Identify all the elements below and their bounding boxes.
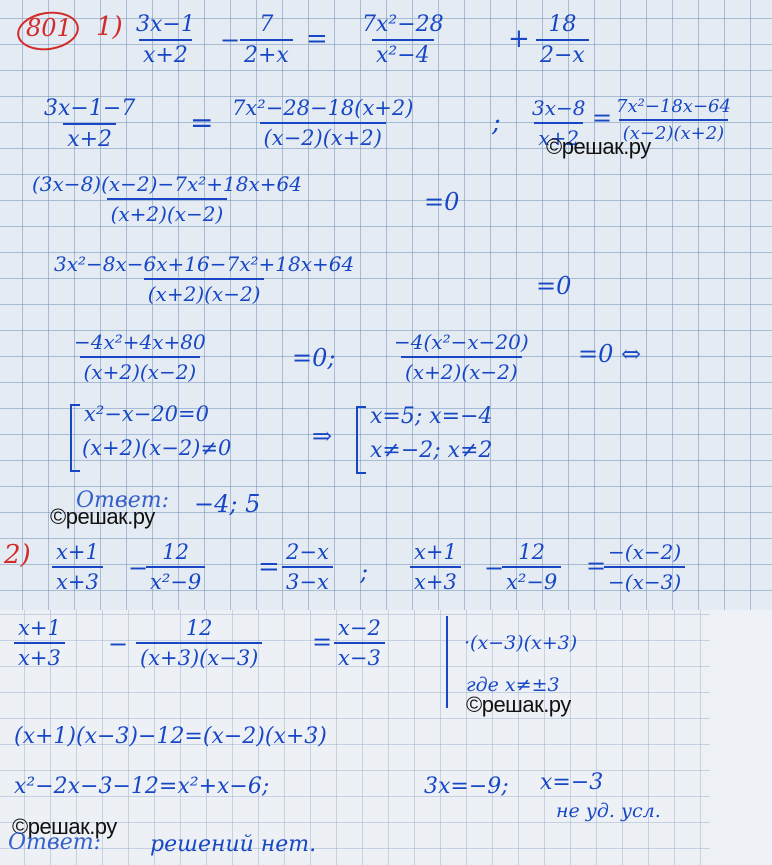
fraction: 2−x 3−x — [282, 540, 333, 594]
equation-step: 3x=−9; — [424, 774, 509, 799]
plus-sign: + — [508, 24, 530, 54]
watermark: ©решак.ру — [466, 692, 571, 718]
fraction: −4(x²−x−20) (x+2)(x−2) — [390, 330, 533, 384]
multiply-note: ·(x−3)(x+3) — [464, 632, 577, 654]
fraction: 12 x²−9 — [146, 540, 205, 594]
equals-zero: =0; — [292, 344, 335, 372]
equivalence: =0 ⇔ — [578, 340, 641, 368]
system-row: x≠−2; x≠2 — [370, 438, 493, 463]
minus-sign: − — [220, 26, 240, 54]
equals-zero: =0 — [536, 272, 571, 300]
equals-zero: =0 — [424, 188, 459, 216]
fraction: 3x−1−7 x+2 — [40, 96, 139, 152]
equals-sign: = — [306, 24, 328, 54]
equals-sign: = — [312, 628, 332, 656]
part2-label: 2) — [4, 540, 31, 570]
watermark: ©решак.ру — [50, 504, 155, 530]
fraction: 18 2−x — [536, 12, 589, 68]
equation-line: x²−2x−3−12=x²+x−6; — [14, 774, 269, 799]
system-row: x=5; x=−4 — [370, 404, 493, 429]
condition-fail-note: не уд. усл. — [556, 800, 661, 822]
fraction: x−2 x−3 — [334, 616, 385, 670]
fraction: 3x−1 x+2 — [132, 12, 199, 68]
fraction: (3x−8)(x−2)−7x²+18x+64 (x+2)(x−2) — [28, 172, 306, 226]
answer-value: −4; 5 — [194, 490, 260, 518]
fraction: −4x²+4x+80 (x+2)(x−2) — [70, 330, 210, 384]
blank-margin — [710, 610, 772, 865]
watermark: ©решак.ру — [546, 134, 651, 160]
equals-sign: = — [190, 106, 213, 139]
fraction: x+1 x+3 — [14, 616, 65, 670]
fraction: 12 (x+3)(x−3) — [136, 616, 262, 670]
side-divider — [446, 616, 448, 708]
implies-arrow: ⇒ — [312, 422, 332, 450]
fraction: 12 x²−9 — [502, 540, 561, 594]
fraction: 7 2+x — [240, 12, 293, 68]
system-bracket — [70, 404, 80, 472]
semicolon: ; — [360, 558, 368, 586]
minus-sign: − — [108, 630, 128, 658]
fraction: −(x−2) −(x−3) — [604, 540, 685, 594]
fraction: x+1 x+3 — [52, 540, 103, 594]
fraction: x+1 x+3 — [410, 540, 461, 594]
fraction: 7x²−28−18(x+2) (x−2)(x+2) — [228, 96, 417, 150]
fraction: 7x²−28 x²−4 — [358, 12, 448, 68]
semicolon: ; — [492, 108, 501, 138]
problem-number: 801 — [26, 14, 72, 42]
answer-label: Ответ: — [8, 830, 101, 855]
equation-result: x=−3 — [540, 770, 603, 795]
answer-value: решений нет. — [150, 832, 316, 857]
fraction: 3x²−8x−6x+16−7x²+18x+64 (x+2)(x−2) — [50, 252, 358, 306]
system-row: x²−x−20=0 — [84, 402, 209, 426]
system-row: (x+2)(x−2)≠0 — [82, 436, 231, 460]
equals-sign: = — [592, 104, 612, 132]
part1-label: 1) — [96, 12, 123, 42]
equals-sign: = — [258, 552, 280, 582]
equation-line: (x+1)(x−3)−12=(x−2)(x+3) — [14, 724, 327, 749]
system-bracket — [356, 406, 366, 474]
